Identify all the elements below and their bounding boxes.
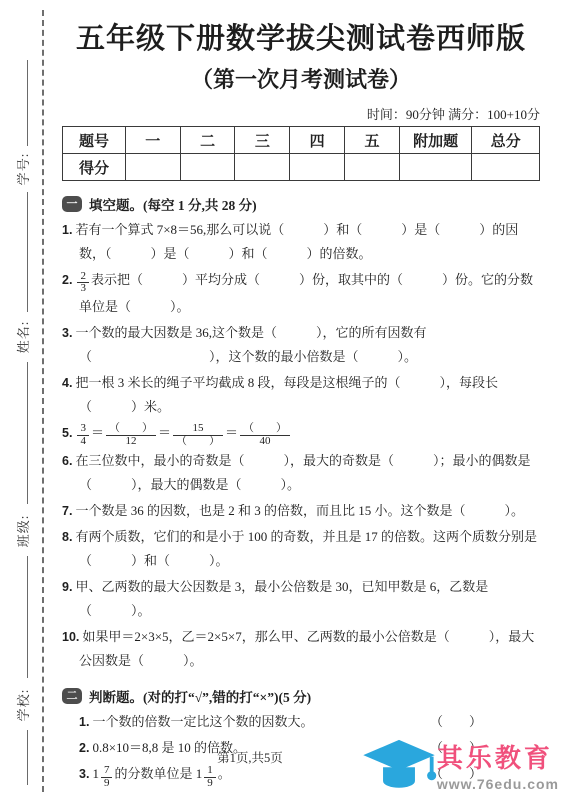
- question-number: 9.: [62, 580, 72, 594]
- fill-blank-question: 9.甲、乙两数的最大公因数是 3，最小公倍数是 30，已知甲数是 6，乙数是（ …: [62, 575, 540, 623]
- paper-title: 五年级下册数学拔尖测试卷西师版: [62, 16, 540, 57]
- write-line: [27, 362, 28, 504]
- margin-label-name: 姓名:: [13, 310, 27, 364]
- fill-blank-question: 1.若有一个算式 7×8＝56,那么可以说（ ）和（ ）是（ ）的因数，（ ）是…: [62, 218, 540, 266]
- fraction: （ ）12: [106, 423, 156, 447]
- answer-blank: （ ）: [430, 710, 482, 734]
- score-cell-empty: [472, 154, 540, 181]
- score-cell-empty: [345, 154, 400, 181]
- score-col-3: 三: [235, 127, 290, 154]
- score-col-7: 总分: [472, 127, 540, 154]
- section2-badge: 二: [62, 688, 82, 704]
- section2-header: 二 判断题。(对的打“√”,错的打“×”)(5 分): [62, 686, 540, 706]
- section2-title: 判断题。(对的打“√”,错的打“×”)(5 分): [89, 686, 311, 706]
- fill-blank-question: 10.如果甲＝2×3×5，乙＝2×5×7，那么甲、乙两数的最小公倍数是（ ），最…: [62, 625, 540, 673]
- judge-question: 1.一个数的倍数一定比这个数的因数大。（ ）: [62, 710, 540, 734]
- fill-blank-question: 8.有两个质数，它们的和是小于 100 的奇数，并且是 17 的倍数。这两个质数…: [62, 525, 540, 573]
- logo-name: 其乐教育: [437, 738, 553, 775]
- page-number: 第1页,共5页: [150, 748, 350, 766]
- score-table-header-row: 题号一二三四五附加题总分: [63, 127, 540, 154]
- score-col-1: 一: [125, 127, 180, 154]
- write-line: [27, 60, 28, 146]
- section1-header: 一 填空题。(每空 1 分,共 28 分): [62, 194, 540, 214]
- score-col-4: 四: [290, 127, 345, 154]
- score-row-label: 得分: [63, 154, 126, 181]
- write-line: [27, 192, 28, 312]
- fill-blank-question: 4.把一根 3 米长的绳子平均截成 8 段，每段是这根绳子的（ ），每段长（ ）…: [62, 371, 540, 419]
- fill-blank-question: 5.34＝（ ）12＝15（ ）＝（ ）40: [62, 421, 540, 448]
- paper-content: 五年级下册数学拔尖测试卷西师版 （第一次月考测试卷） 时间：90分钟 满分：10…: [62, 0, 540, 791]
- score-cell-empty: [290, 154, 345, 181]
- fill-blank-question: 7.一个数是 36 的因数，也是 2 和 3 的倍数，而且比 15 小。这个数是…: [62, 499, 540, 523]
- write-line: [27, 556, 28, 678]
- fraction: 34: [77, 423, 89, 447]
- fraction: 79: [101, 765, 113, 789]
- score-col-5: 五: [345, 127, 400, 154]
- score-col-6: 附加题: [399, 127, 471, 154]
- judge-question-text: 1.一个数的倍数一定比这个数的因数大。: [79, 710, 313, 734]
- section1-title: 填空题。(每空 1 分,共 28 分): [89, 194, 257, 214]
- graduation-cap-icon: [361, 736, 437, 794]
- question-number: 3.: [62, 326, 72, 340]
- score-col-0: 题号: [63, 127, 126, 154]
- binding-dashed-line: [42, 10, 44, 792]
- question-number: 2.: [62, 273, 72, 287]
- question-number: 2.: [79, 741, 89, 755]
- judge-question-text: 3.179的分数单位是 119。: [79, 762, 231, 789]
- logo-url: www.76edu.com: [437, 776, 559, 792]
- fraction: 19: [204, 765, 216, 789]
- question-number: 10.: [62, 630, 79, 644]
- question-number: 3.: [79, 767, 89, 781]
- fill-blank-question: 3.一个数的最大因数是 36,这个数是（ ），它的所有因数有（ ），这个数的最小…: [62, 321, 540, 369]
- fill-blank-question: 2.23表示把（ ）平均分成（ ）份，取其中的（ ）份。它的分数单位是（ ）。: [62, 268, 540, 319]
- margin-label-school: 学校:: [13, 678, 27, 732]
- paper-subtitle: （第一次月考测试卷）: [62, 63, 540, 94]
- question-number: 6.: [62, 454, 72, 468]
- score-col-2: 二: [180, 127, 235, 154]
- fraction: 15（ ）: [173, 423, 223, 447]
- score-cell-empty: [180, 154, 235, 181]
- score-table: 题号一二三四五附加题总分 得分: [62, 126, 540, 181]
- fill-blank-question: 6.在三位数中，最小的奇数是（ ），最大的奇数是（ ）；最小的偶数是（ ），最大…: [62, 449, 540, 497]
- margin-label-class: 班级:: [13, 504, 27, 558]
- fraction: （ ）40: [240, 423, 290, 447]
- score-cell-empty: [399, 154, 471, 181]
- question-number: 5.: [62, 426, 72, 440]
- fill-blank-question-list: 1.若有一个算式 7×8＝56,那么可以说（ ）和（ ）是（ ）的因数，（ ）是…: [62, 218, 540, 673]
- question-number: 1.: [79, 715, 89, 729]
- score-cell-empty: [235, 154, 290, 181]
- write-line: [27, 730, 28, 785]
- question-number: 7.: [62, 504, 72, 518]
- fraction: 23: [77, 271, 89, 295]
- question-number: 4.: [62, 376, 72, 390]
- score-table-score-row: 得分: [63, 154, 540, 181]
- question-number: 1.: [62, 223, 72, 237]
- score-cell-empty: [125, 154, 180, 181]
- question-number: 8.: [62, 530, 72, 544]
- publisher-logo: 其乐教育 www.76edu.com: [361, 736, 559, 794]
- margin-label-student-id: 学号:: [13, 142, 27, 196]
- section1-badge: 一: [62, 196, 82, 212]
- time-score-meta: 时间：90分钟 满分：100+10分: [62, 104, 540, 123]
